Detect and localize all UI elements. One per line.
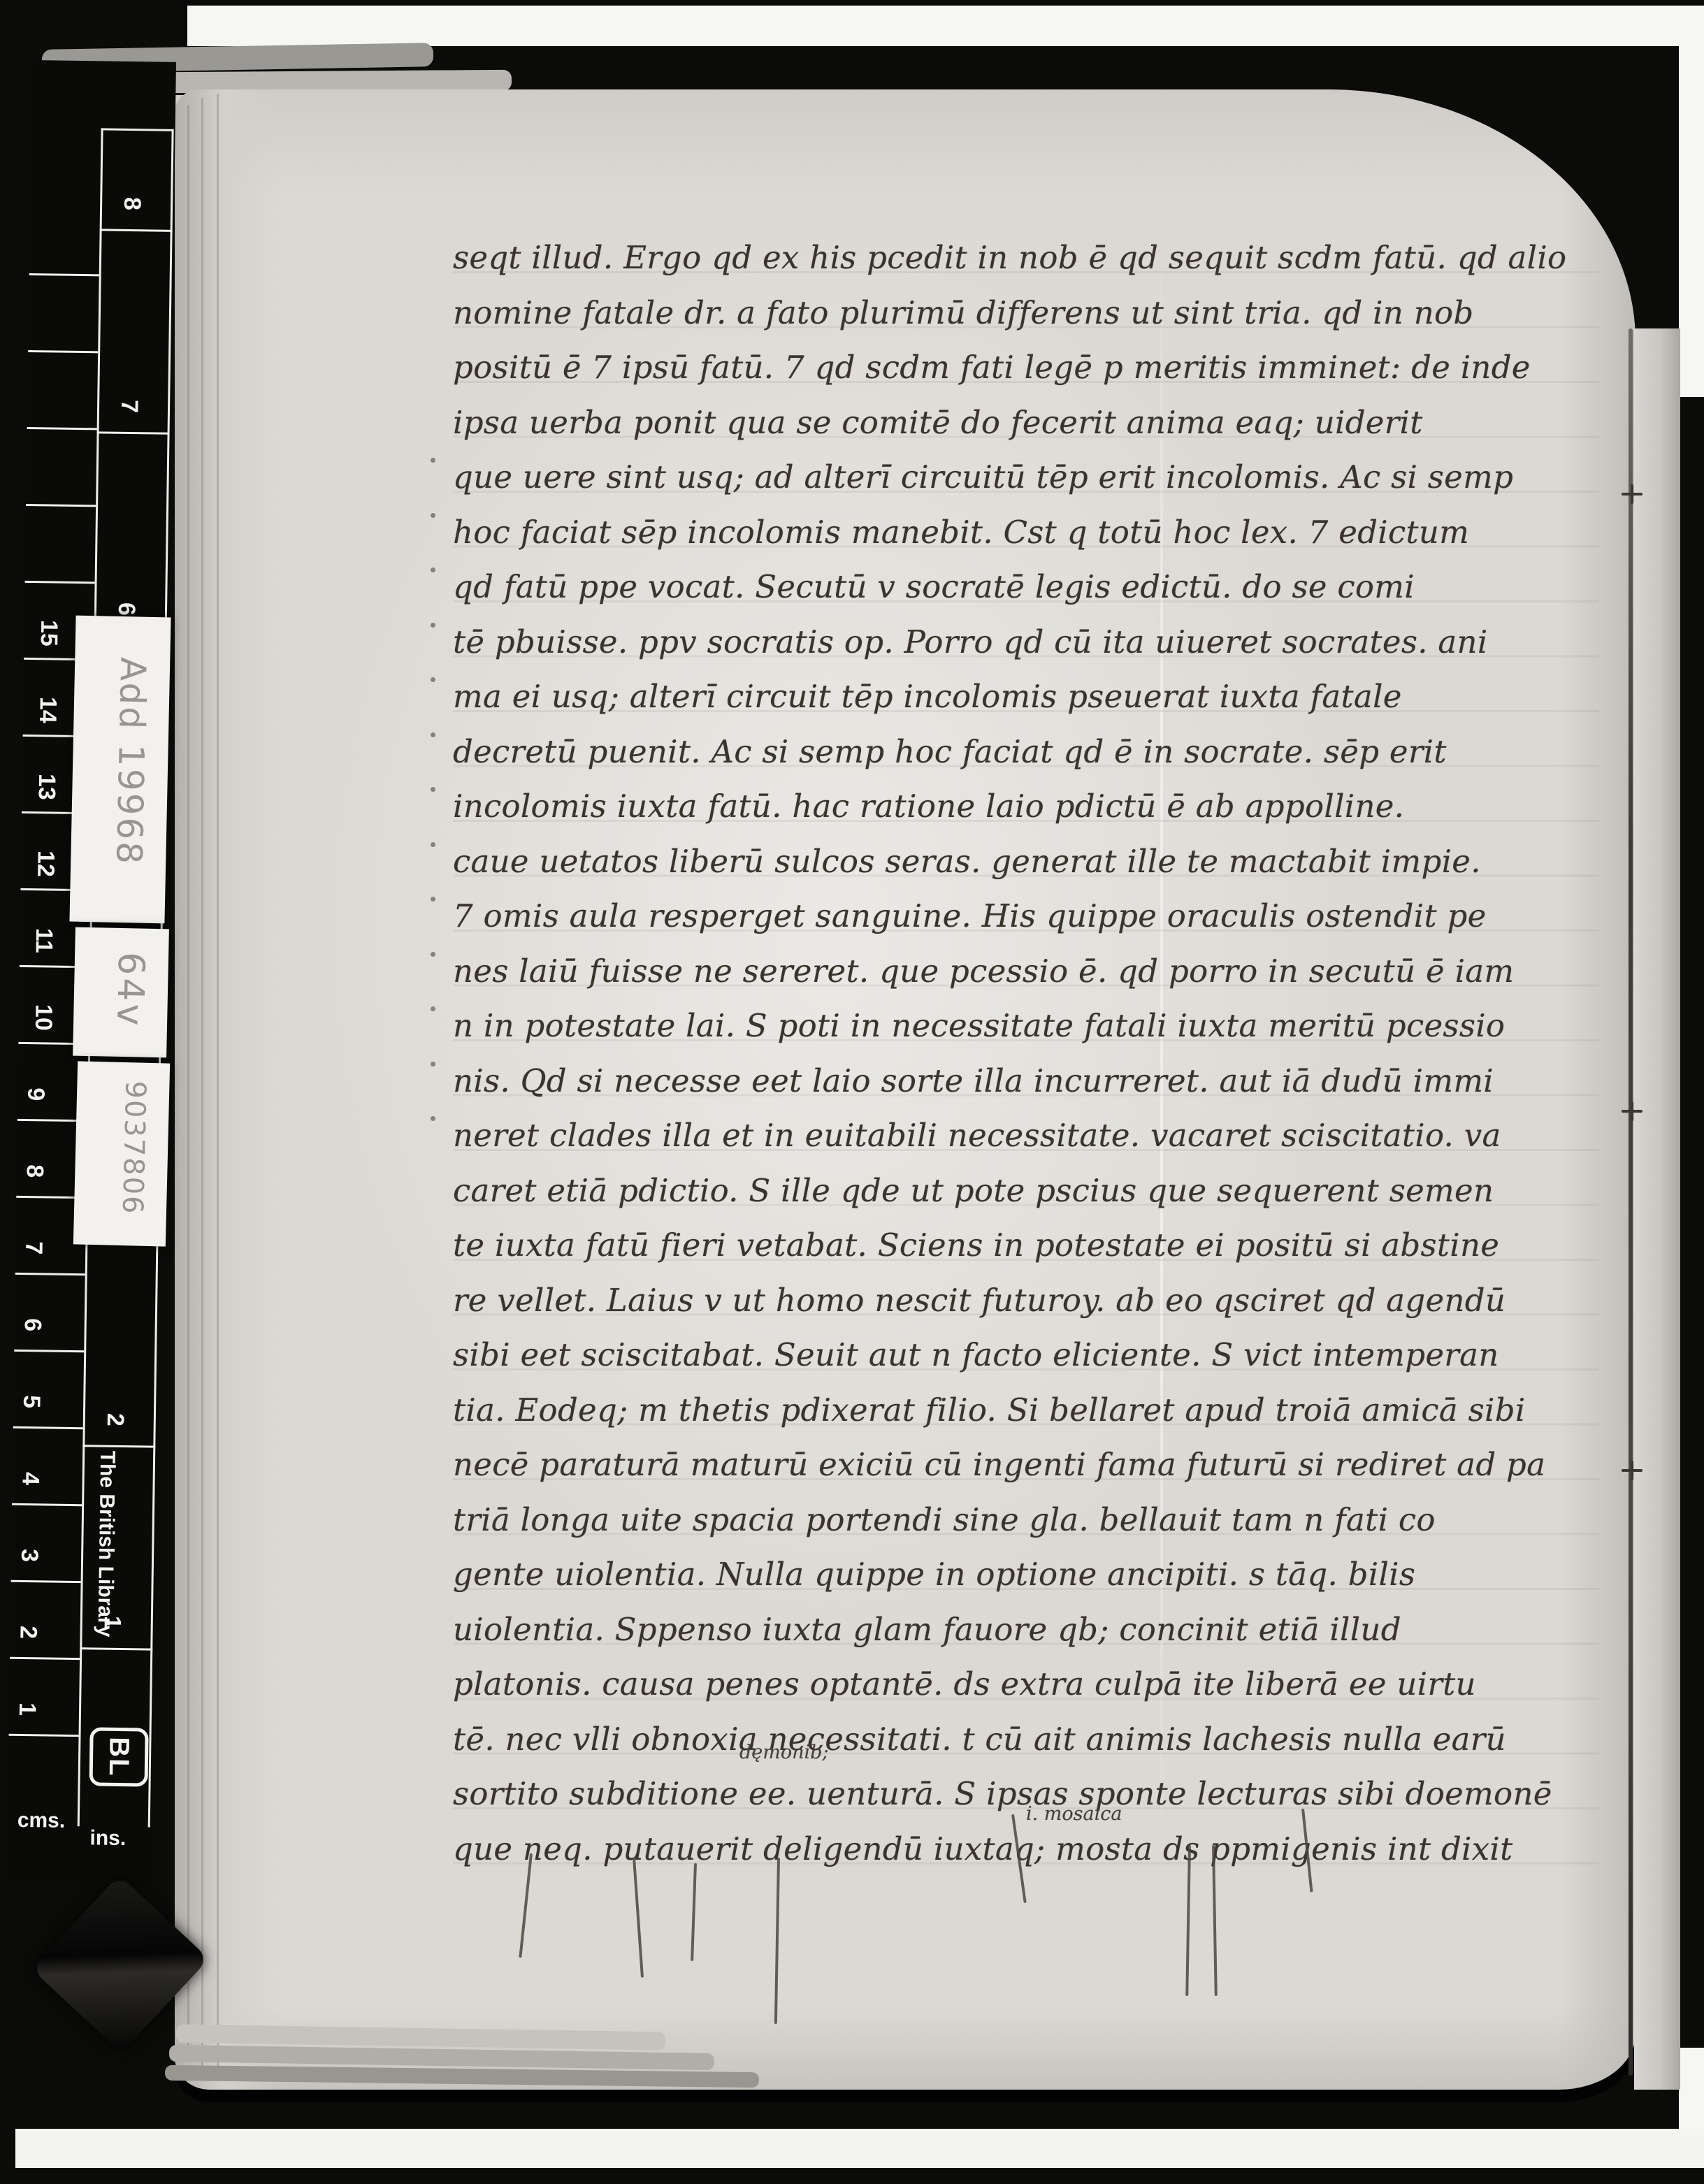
manuscript-line: caue uetatos liberū sulcos seras. genera…: [453, 834, 1599, 890]
binding-stitch: [1622, 493, 1642, 496]
manuscript-line: n in potestate lai. S poti in necessitat…: [453, 999, 1599, 1054]
inch-tick: [82, 1445, 155, 1447]
cm-tick: [28, 350, 98, 353]
cm-unit-label: cms.: [17, 1809, 66, 1833]
manuscript-line: uiolentia. Sppenso iuxta glam fauore qb;…: [453, 1603, 1599, 1658]
pricking-dot: [431, 567, 435, 572]
cm-tick: [14, 1350, 84, 1352]
manuscript-line: que neq. putauerit deligendū iuxtaq; mos…: [453, 1822, 1599, 1877]
folio-label: 64v: [73, 927, 169, 1058]
inch-number: 2: [101, 1413, 129, 1426]
manuscript-line: ma ei usq; alterī circuit tēp incolomis …: [453, 670, 1599, 725]
cm-number: 3: [15, 1549, 43, 1562]
cm-tick: [15, 1273, 85, 1275]
cm-tick: [13, 1426, 83, 1429]
cm-number: 2: [14, 1626, 41, 1639]
photo-canvas: 123456789101112131415 12345678 The Briti…: [0, 0, 1704, 2184]
manuscript-line: nis. Qd si necesse eet laio sorte illa i…: [453, 1054, 1599, 1109]
manuscript-line: triā longa uite spacia portendi sine gla…: [453, 1493, 1599, 1548]
binding-stitch: [1622, 1469, 1642, 1472]
manuscript-line: te iuxta fatū fieri vetabat. Sciens in p…: [453, 1218, 1599, 1273]
fore-edge-line: [187, 105, 189, 2062]
cm-number: 5: [17, 1395, 45, 1408]
inch-number: 7: [115, 400, 143, 413]
manuscript-line: nes laiū fuisse ne sereret. que pcessio …: [453, 944, 1599, 999]
inch-tick: [97, 431, 170, 434]
inch-unit-label: ins.: [89, 1826, 126, 1851]
manuscript-line: seqt illud. Ergo qd ex his pcedit in nob…: [453, 231, 1599, 286]
inch-tick: [100, 229, 173, 231]
cm-number: 11: [30, 928, 57, 953]
manuscript-line: que uere sint usq; ad alterī circuitū tē…: [453, 450, 1599, 505]
manuscript-line: tē. nec vlli obnoxia necessitati. t cū a…: [453, 1712, 1599, 1767]
cm-tick: [9, 1734, 79, 1737]
manuscript-line: hoc faciat sēp incolomis manebit. Cst q …: [453, 505, 1599, 561]
cm-number: 12: [31, 851, 59, 877]
manuscript-line: re vellet. Laius v ut homo nescit futuro…: [453, 1273, 1599, 1329]
shelfmark-text: Add 19968: [108, 657, 153, 867]
binding-stitch: [1622, 1110, 1642, 1113]
interlinear-gloss: i. mosaica: [1026, 1803, 1122, 1825]
cm-tick: [27, 427, 97, 430]
shelfmark-label: Add 19968: [69, 616, 171, 924]
interlinear-gloss: dęmonib;: [739, 1742, 829, 1763]
negative-number-text: 9037806: [116, 1080, 152, 1215]
manuscript-text: seqt illud. Ergo qd ex his pcedit in nob…: [453, 231, 1599, 1876]
cm-number: 6: [19, 1318, 46, 1331]
pricking-dot: [431, 1116, 435, 1121]
manuscript-line: necē paraturā maturū exiciū cū ingenti f…: [453, 1438, 1599, 1493]
pricking-dot: [431, 623, 435, 628]
fore-edge-line: [201, 98, 203, 2069]
cm-number: 1: [13, 1702, 41, 1716]
print-margin-right-top: [1679, 6, 1704, 397]
cm-tick: [10, 1657, 80, 1660]
manuscript-line: tē pbuisse. ppv socratis op. Porro qd cū…: [453, 615, 1599, 670]
inch-number: 6: [113, 602, 140, 616]
cm-tick: [26, 504, 96, 507]
manuscript-line: positū ē 7 ipsū fatū. 7 qd scdm fati leg…: [453, 340, 1599, 396]
cm-number: 8: [21, 1164, 48, 1178]
print-margin-bottom: [15, 2129, 1704, 2168]
cm-tick: [29, 273, 99, 276]
pricking-dot: [431, 1006, 435, 1011]
manuscript-line: gente uiolentia. Nulla quippe in optione…: [453, 1547, 1599, 1603]
pricking-dot: [431, 897, 435, 902]
manuscript-line: platonis. causa penes optantē. ds extra …: [453, 1657, 1599, 1712]
cm-tick: [25, 581, 95, 584]
pricking-dot: [431, 1062, 435, 1066]
pricking-dot: [431, 842, 435, 847]
pricking-dot: [431, 952, 435, 957]
cm-tick: [11, 1580, 81, 1583]
cm-number: 13: [33, 774, 61, 800]
manuscript-line: sibi eet sciscitabat. Seuit aut n facto …: [453, 1328, 1599, 1383]
manuscript-line: tia. Eodeq; m thetis pdixerat filio. Si …: [453, 1383, 1599, 1438]
cm-number: 4: [16, 1472, 43, 1485]
negative-number-label: 9037806: [73, 1061, 170, 1246]
manuscript-line: 7 omis aula resperget sanguine. His quip…: [453, 889, 1599, 944]
manuscript-line: neret clades illa et in euitabili necess…: [453, 1108, 1599, 1164]
british-library-logo-icon: BL: [89, 1727, 149, 1786]
folio-text: 64v: [108, 952, 152, 1029]
cm-tick: [12, 1503, 82, 1506]
cm-number: 9: [22, 1087, 49, 1101]
manuscript-line: caret etiā pdictio. S ille qde ut pote p…: [453, 1164, 1599, 1219]
institution-name: The British Library: [93, 1450, 120, 1637]
inch-number: 8: [118, 197, 145, 210]
binding-gutter: [1629, 328, 1633, 2076]
pricking-dot: [431, 677, 435, 682]
book-clip: [26, 2041, 120, 2139]
manuscript-line: decretū puenit. Ac si semp hoc faciat qd…: [453, 725, 1599, 780]
cm-number: 10: [29, 1004, 57, 1031]
cm-number: 14: [34, 697, 62, 723]
manuscript-line: incolomis iuxta fatū. hac ratione laio p…: [453, 779, 1599, 834]
pricking-dot: [431, 458, 435, 463]
cm-number: 7: [20, 1241, 47, 1254]
cm-number: 15: [35, 620, 63, 646]
manuscript-line: nomine fatale dr. a fato plurimū differe…: [453, 286, 1599, 341]
pricking-dot: [431, 732, 435, 737]
pricking-dot: [431, 513, 435, 518]
inch-tick: [80, 1647, 152, 1650]
ruler-top-edge: [101, 128, 174, 131]
manuscript-line: qd fatū ppe vocat. Secutū v socratē legi…: [453, 560, 1599, 615]
pricking-dot: [431, 787, 435, 792]
fore-edge-line: [217, 94, 219, 2071]
print-margin-top: [187, 6, 1704, 46]
manuscript-line: ipsa uerba ponit qua se comitē do feceri…: [453, 396, 1599, 451]
facing-page-strip: [1634, 328, 1680, 2090]
